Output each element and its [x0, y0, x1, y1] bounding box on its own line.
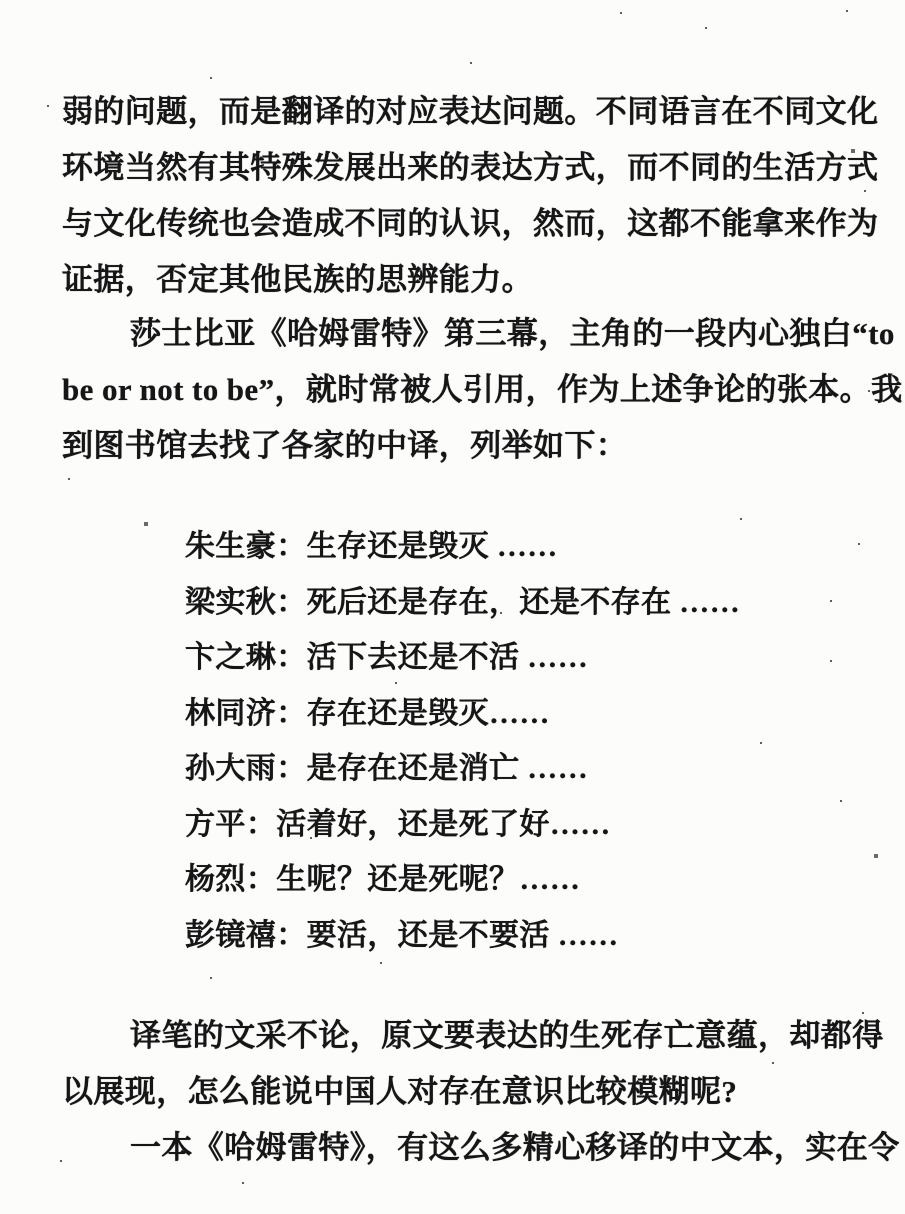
translator-name: 林同济 — [185, 697, 276, 730]
text-line: 弱的问题，而是翻译的对应表达问题。不同语言在不同文化 — [62, 84, 878, 140]
translator-name: 孙大雨 — [185, 752, 276, 785]
paragraph-2: 莎士比亚《哈姆雷特》第三幕，主角的一段内心独白“to be or not to … — [62, 306, 902, 474]
translator-name: 彭镜禧 — [185, 919, 276, 952]
translation-item: 孙大雨：是存在还是消亡 …… — [185, 741, 740, 797]
translation-item: 卞之琳：活下去还是不活 …… — [185, 630, 740, 686]
translation-item: 梁实秋：死后还是存在，还是不存在 …… — [185, 575, 740, 631]
translation-item: 朱生豪：生存还是毁灭 …… — [185, 519, 740, 575]
text-line: 到图书馆去找了各家的中译，列举如下： — [62, 418, 902, 474]
colon-separator: ： — [276, 530, 306, 563]
translation-item: 杨烈：生呢？还是死呢？…… — [185, 852, 740, 908]
text-line: 一本《哈姆雷特》，有这么多精心移译的中文本，实在令 — [62, 1120, 900, 1176]
colon-separator: ： — [276, 586, 306, 619]
colon-separator: ： — [246, 808, 276, 841]
translator-name: 杨烈 — [185, 863, 246, 896]
text-line: 译笔的文采不论，原文要表达的生死存亡意蕴，却都得 — [62, 1008, 884, 1064]
translation-text: 生存还是毁灭 …… — [307, 530, 558, 563]
translator-name: 卞之琳 — [185, 641, 276, 674]
text-line: 证据，否定其他民族的思辨能力。 — [62, 252, 878, 308]
text-line: 莎士比亚《哈姆雷特》第三幕，主角的一段内心独白“to — [62, 306, 902, 362]
translation-list: 朱生豪：生存还是毁灭 …… 梁实秋：死后还是存在，还是不存在 …… 卞之琳：活下… — [185, 519, 740, 963]
scan-noise-speckles — [0, 0, 2, 2]
paragraph-1: 弱的问题，而是翻译的对应表达问题。不同语言在不同文化 环境当然有其特殊发展出来的… — [62, 84, 878, 308]
translation-text: 活下去还是不活 …… — [307, 641, 589, 674]
text-line: 以展现，怎么能说中国人对存在意识比较模糊呢? — [62, 1064, 884, 1120]
colon-separator: ： — [276, 752, 306, 785]
colon-separator: ： — [246, 863, 276, 896]
text-line: be or not to be”，就时常被人引用，作为上述争论的张本。我 — [62, 362, 902, 418]
colon-separator: ： — [276, 641, 306, 674]
translator-name: 梁实秋 — [185, 586, 276, 619]
translation-item: 方平：活着好，还是死了好…… — [185, 797, 740, 853]
translation-text: 生呢？还是死呢？…… — [276, 863, 580, 896]
translation-text: 存在还是毁灭…… — [307, 697, 550, 730]
translation-item: 彭镜禧：要活，还是不要活 …… — [185, 908, 740, 964]
translator-name: 朱生豪 — [185, 530, 276, 563]
paragraph-4: 一本《哈姆雷特》，有这么多精心移译的中文本，实在令 — [62, 1120, 900, 1176]
colon-separator: ： — [276, 697, 306, 730]
translation-text: 活着好，还是死了好…… — [276, 808, 610, 841]
text-line: 环境当然有其特殊发展出来的表达方式，而不同的生活方式 — [62, 140, 878, 196]
translation-text: 要活，还是不要活 …… — [307, 919, 619, 952]
translation-text: 是存在还是消亡 …… — [307, 752, 589, 785]
colon-separator: ： — [276, 919, 306, 952]
scanned-book-page: 弱的问题，而是翻译的对应表达问题。不同语言在不同文化 环境当然有其特殊发展出来的… — [0, 0, 905, 1214]
translation-text: 死后还是存在，还是不存在 …… — [307, 586, 741, 619]
paragraph-3: 译笔的文采不论，原文要表达的生死存亡意蕴，却都得 以展现，怎么能说中国人对存在意… — [62, 1008, 884, 1120]
translator-name: 方平 — [185, 808, 246, 841]
text-line: 与文化传统也会造成不同的认识，然而，这都不能拿来作为 — [62, 196, 878, 252]
translation-item: 林同济：存在还是毁灭…… — [185, 686, 740, 742]
